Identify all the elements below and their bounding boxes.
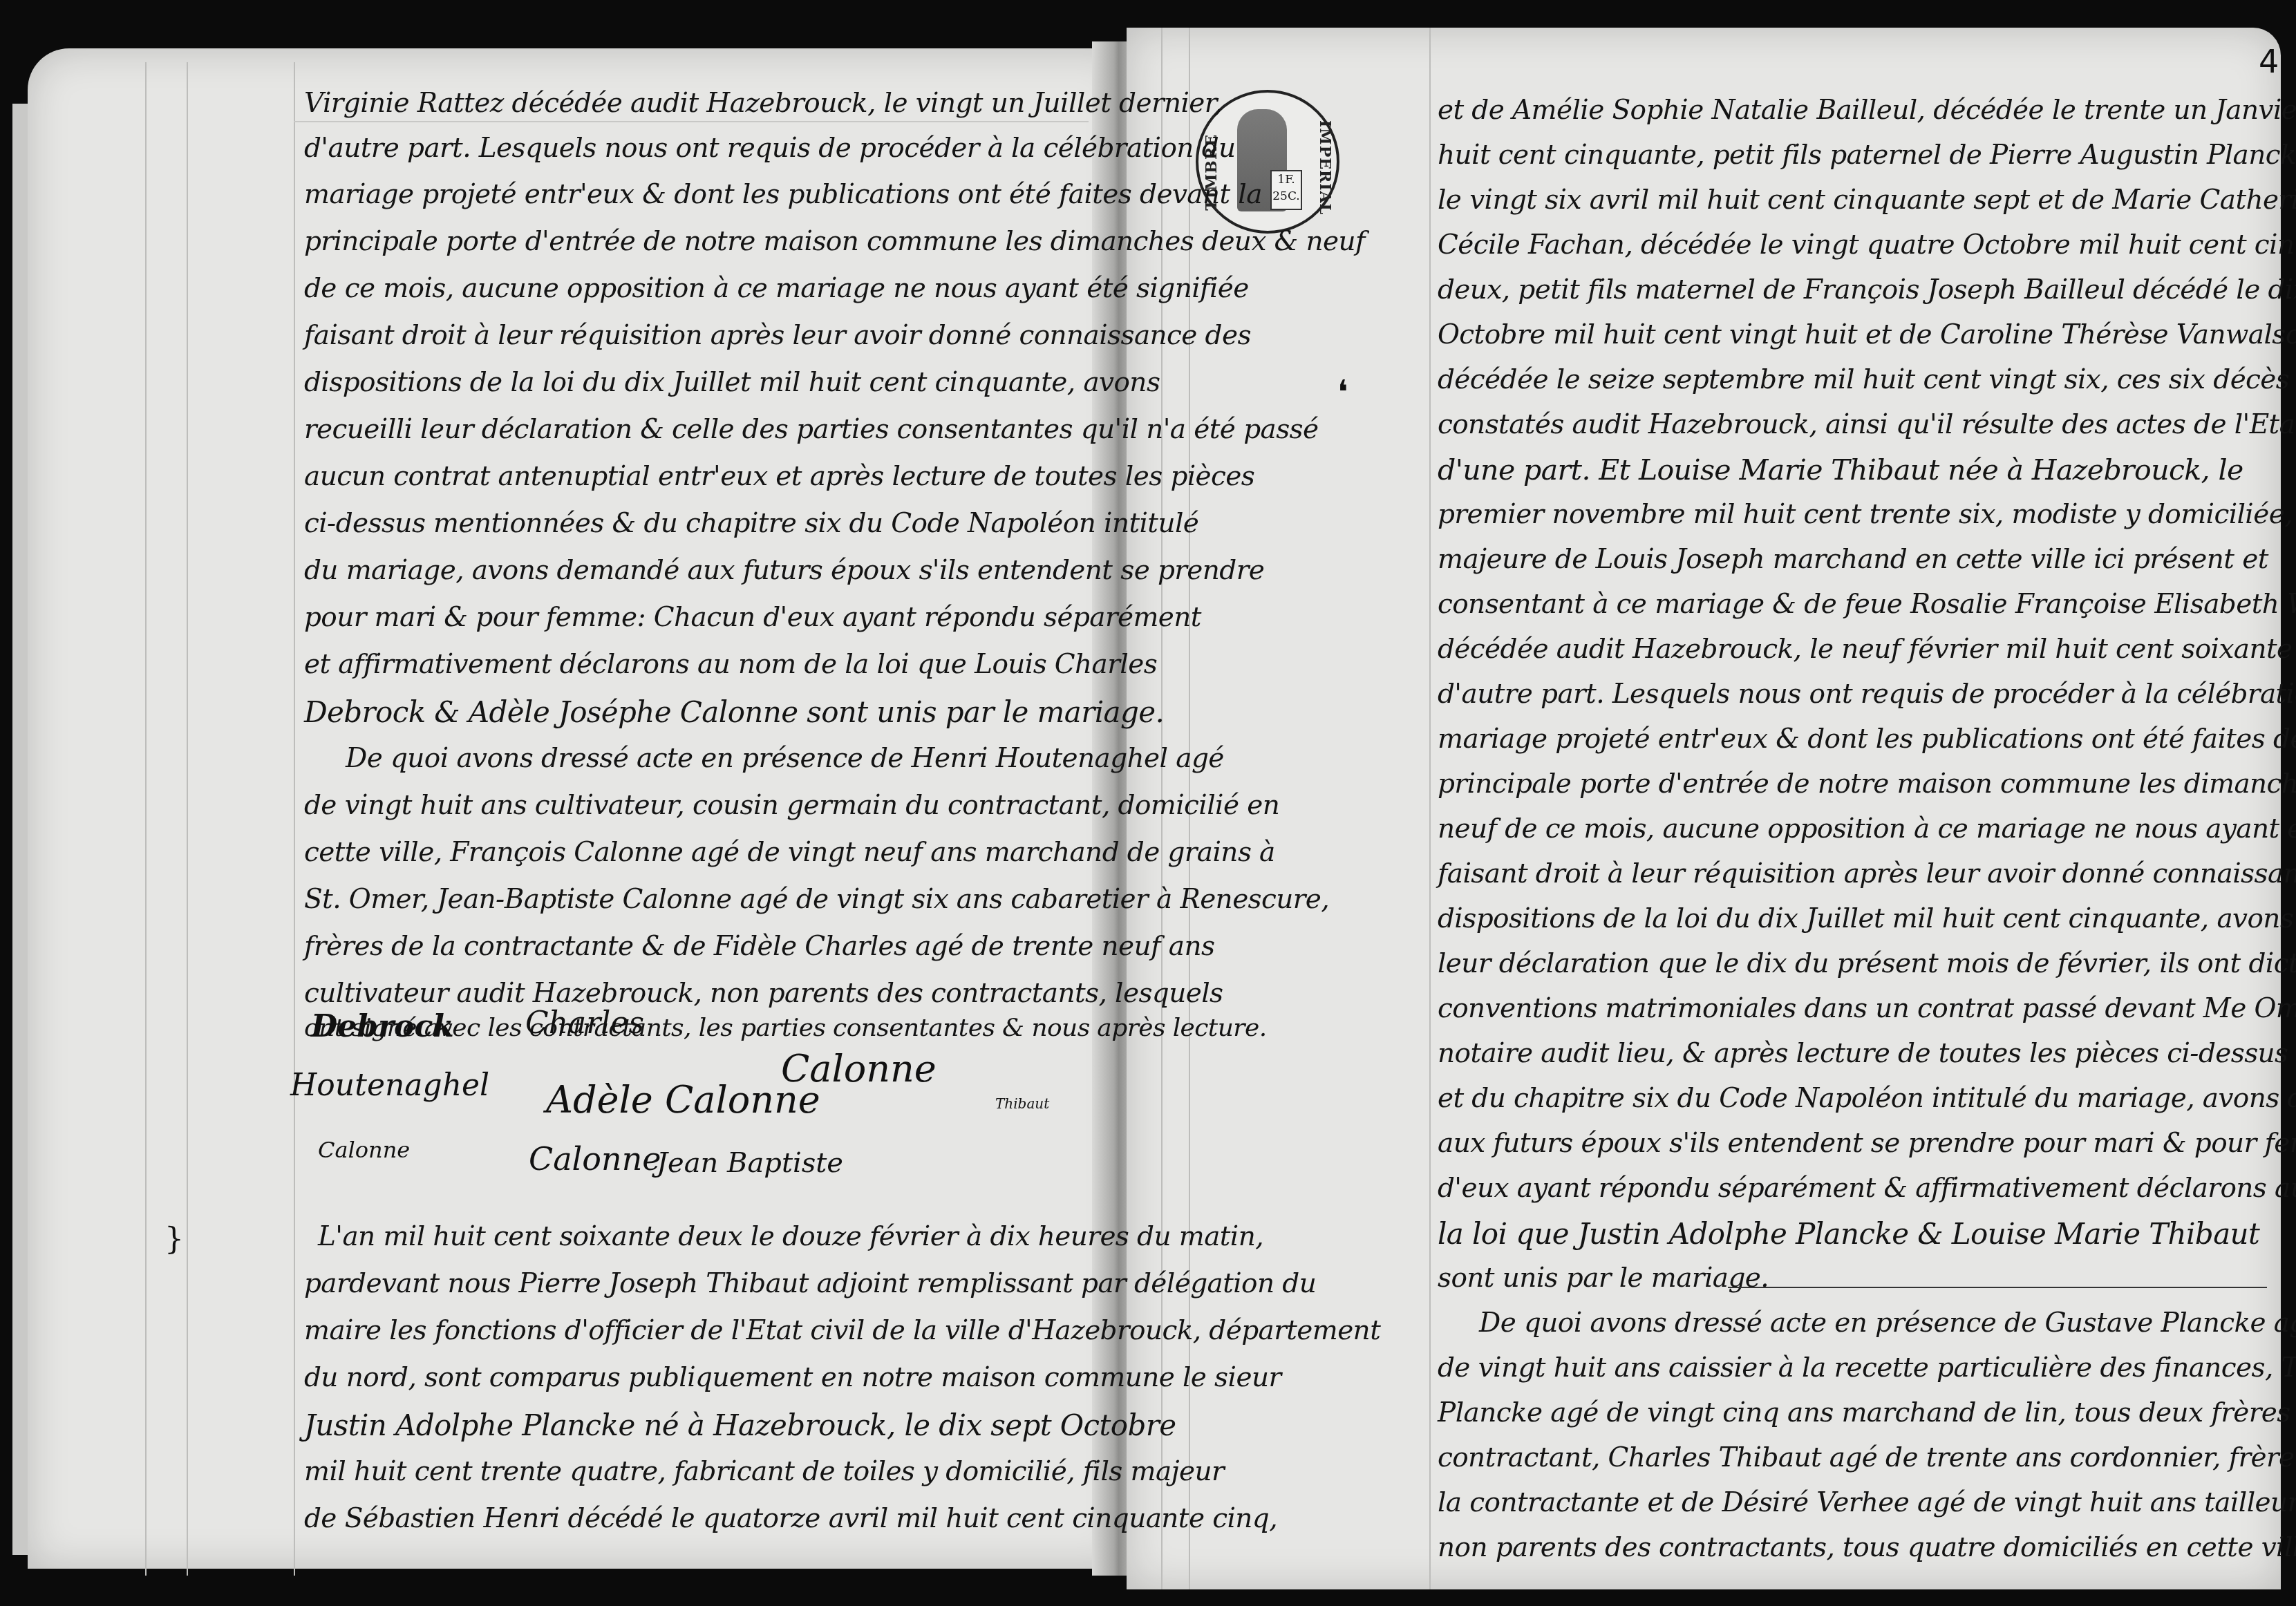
text-line: et affirmativement déclarons au nom de l… xyxy=(304,651,1157,678)
text-line: conventions matrimoniales dans un contra… xyxy=(1438,995,2296,1022)
text-line: décédée le seize septembre mil huit cent… xyxy=(1438,366,2289,393)
signature: Calonne xyxy=(318,1137,410,1163)
margin-rule xyxy=(294,62,295,1576)
text-line: faisant droit à leur réquisition après l… xyxy=(1438,860,2296,887)
text-line: contractant, Charles Thibaut agé de tren… xyxy=(1438,1444,2296,1471)
ink-mark-icon: ❛ xyxy=(1337,373,1348,412)
stamp-francs: 1F. xyxy=(1272,171,1301,188)
text-line: de ce mois, aucune opposition à ce maria… xyxy=(304,275,1249,302)
text-line: du mariage, avons demandé aux futurs épo… xyxy=(304,557,1264,584)
text-line: dispositions de la loi du dix Juillet mi… xyxy=(1438,905,2296,932)
text-line: pardevant nous Pierre Joseph Thibaut adj… xyxy=(304,1270,1316,1297)
text-line: aucun contrat antenuptial entr'eux et ap… xyxy=(304,463,1254,490)
text-line: mariage projeté entr'eux & dont les publ… xyxy=(304,181,1262,208)
stamp-value: 1F. 25C. xyxy=(1270,170,1302,210)
page-number: 4 xyxy=(2259,43,2279,80)
text-line: de vingt huit ans cultivateur, cousin ge… xyxy=(304,792,1279,819)
text-line: cette ville, François Calonne agé de vin… xyxy=(304,839,1275,866)
text-line: dispositions de la loi du dix Juillet mi… xyxy=(304,369,1160,396)
text-line: le vingt six avril mil huit cent cinquan… xyxy=(1438,187,2296,214)
signature: Calonne xyxy=(529,1140,661,1178)
text-line: huit cent cinquante, petit fils paternel… xyxy=(1438,142,2296,169)
text-line: majeure de Louis Joseph marchand en cett… xyxy=(1438,546,2268,573)
text-line: aux futurs époux s'ils entendent se pren… xyxy=(1438,1130,2296,1157)
text-line: d'autre part. Lesquels nous ont requis d… xyxy=(1438,681,2296,708)
margin-rule xyxy=(145,62,147,1576)
text-line: consentant à ce mariage & de feue Rosali… xyxy=(1438,591,2296,618)
text-line: de vingt huit ans caissier à la recette … xyxy=(1438,1354,2296,1381)
signature: Charles xyxy=(525,1005,644,1041)
text-line: L'an mil huit cent soixante deux le douz… xyxy=(318,1223,1263,1250)
text-line: de Sébastien Henri décédé le quatorze av… xyxy=(304,1505,1277,1532)
text-line: sont unis par le mariage. xyxy=(1438,1265,1769,1292)
signature: Jean Baptiste xyxy=(657,1147,843,1179)
stamp-centimes: 25C. xyxy=(1272,188,1301,205)
text-line: constatés audit Hazebrouck, ainsi qu'il … xyxy=(1438,411,2296,438)
text-line: d'une part. Et Louise Marie Thibaut née … xyxy=(1438,456,2243,484)
text-line: cultivateur audit Hazebrouck, non parent… xyxy=(304,980,1223,1007)
text-line: d'eux ayant répondu séparément & affirma… xyxy=(1438,1175,2296,1202)
text-line: principale porte d'entrée de notre maiso… xyxy=(1438,771,2296,797)
signature: Debrock xyxy=(311,1009,454,1044)
text-line: pour mari & pour femme: Chacun d'eux aya… xyxy=(304,604,1201,631)
text-line: Debrock & Adèle Joséphe Calonne sont uni… xyxy=(304,698,1164,727)
text-line: recueilli leur déclaration & celle des p… xyxy=(304,416,1318,443)
text-line: De quoi avons dressé acte en présence de… xyxy=(1438,1310,2296,1336)
text-line: décédée audit Hazebrouck, le neuf févrie… xyxy=(1438,636,2296,663)
stamp-right-text: IMPERIAL xyxy=(1316,120,1334,215)
margin-bracket: } xyxy=(164,1222,184,1257)
text-line: deux, petit fils maternel de François Jo… xyxy=(1438,276,2296,303)
text-line: Virginie Rattez décédée audit Hazebrouck… xyxy=(304,90,1222,117)
signature: Houtenaghel xyxy=(290,1068,489,1103)
text-line: la contractante et de Désiré Verhee agé … xyxy=(1438,1489,2296,1516)
text-line: d'autre part. Lesquels nous ont requis d… xyxy=(304,135,1236,162)
text-line: frères de la contractante & de Fidèle Ch… xyxy=(304,933,1214,960)
margin-rule xyxy=(1429,28,1431,1589)
text-line: et du chapitre six du Code Napoléon inti… xyxy=(1438,1085,2296,1112)
margin-rule xyxy=(187,62,188,1576)
text-line: St. Omer, Jean-Baptiste Calonne agé de v… xyxy=(304,886,1329,913)
text-line: ci-dessus mentionnées & du chapitre six … xyxy=(304,510,1198,537)
text-line: Cécile Fachan, décédée le vingt quatre O… xyxy=(1438,232,2296,258)
text-line: notaire audit lieu, & après lecture de t… xyxy=(1438,1040,2296,1067)
text-line: leur déclaration que le dix du présent m… xyxy=(1438,950,2296,977)
text-line: maire les fonctions d'officier de l'Etat… xyxy=(304,1317,1380,1344)
text-line: mariage projeté entr'eux & dont les publ… xyxy=(1438,726,2296,753)
text-line: Octobre mil huit cent vingt huit et de C… xyxy=(1438,321,2296,348)
text-line: du nord, sont comparus publiquement en n… xyxy=(304,1364,1281,1391)
text-line: neuf de ce mois, aucune opposition à ce … xyxy=(1438,815,2296,842)
text-line: faisant droit à leur réquisition après l… xyxy=(304,322,1251,349)
text-line: Justin Adolphe Plancke né à Hazebrouck, … xyxy=(304,1411,1176,1440)
text-line: De quoi avons dressé acte en présence de… xyxy=(304,745,1224,772)
text-line: la loi que Justin Adolphe Plancke & Loui… xyxy=(1438,1220,2259,1249)
text-line: principale porte d'entrée de notre maiso… xyxy=(304,228,1365,255)
text-line: Plancke agé de vingt cinq ans marchand d… xyxy=(1438,1399,2296,1426)
signature: Thibaut xyxy=(995,1095,1049,1112)
text-line: premier novembre mil huit cent trente si… xyxy=(1438,501,2296,528)
signature: Calonne xyxy=(781,1047,937,1090)
text-line: et de Amélie Sophie Natalie Bailleul, dé… xyxy=(1438,97,2296,124)
signature: Adèle Calonne xyxy=(546,1078,820,1122)
text-line: mil huit cent trente quatre, fabricant d… xyxy=(304,1458,1224,1485)
text-line: non parents des contractants, tous quatr… xyxy=(1438,1534,2296,1561)
